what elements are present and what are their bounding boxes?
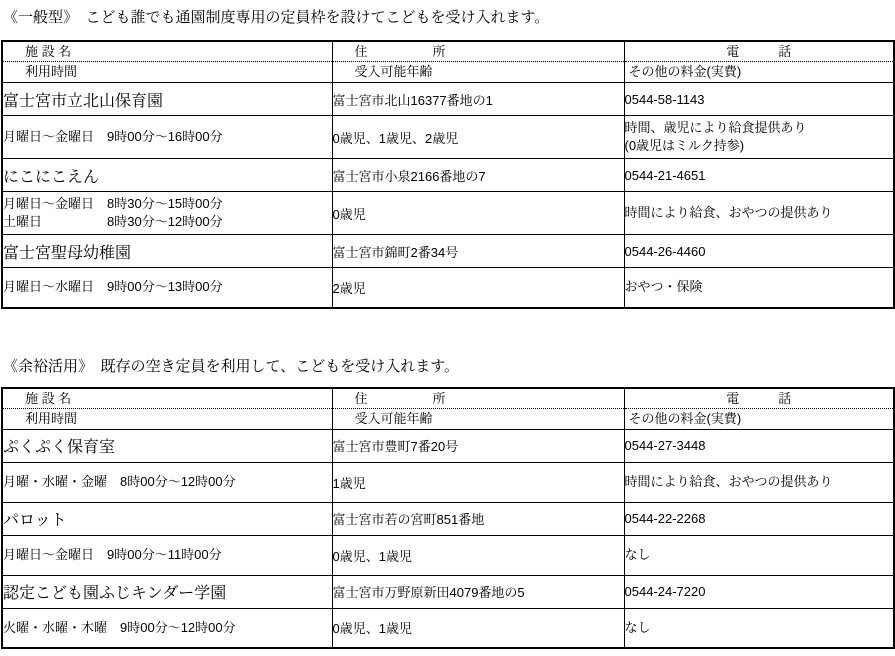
facility-fees-cell: なし (624, 608, 894, 648)
facility-address-cell: 富士宮市若の宮町851番地 (332, 502, 624, 535)
facility-name-cell: ぷくぷく保育室 (2, 429, 332, 462)
facility-phone-cell: 0544-26-4460 (624, 235, 894, 268)
facility-address-cell: 富士宮市豊町7番20号 (332, 429, 624, 462)
facility-fees-cell: 時間、歳児により給食提供あり (0歳児はミルク持参) (624, 116, 894, 159)
facility-address-cell: 富士宮市万野原新田4079番地の5 (332, 575, 624, 608)
facility-phone-cell: 0544-58-1143 (624, 83, 894, 116)
header-address-label: 住 所 (333, 389, 624, 409)
surplus-facilities-table: 施 設 名 利用時間 住 所 受入可能年齢 電 話 その他の料金(実費) ぷくぷ… (1, 387, 895, 650)
facility-name-row: 認定こども園ふじキンダー学園 富士宮市万野原新田4079番地の5 0544-24… (2, 575, 894, 608)
facility-fees-cell: 時間により給食、おやつの提供あり (624, 462, 894, 502)
facility-name-cell: にこにこえん (2, 159, 332, 192)
facility-ages-cell: 0歳児、1歳児 (332, 608, 624, 648)
facility-name-cell: パロット (2, 502, 332, 535)
facility-ages-cell: 0歳児 (332, 192, 624, 235)
header-address-ages: 住 所 受入可能年齢 (332, 388, 624, 430)
header-usage-hours-label: 利用時間 (3, 62, 332, 82)
facility-ages-cell: 0歳児、1歳児 (332, 535, 624, 575)
facility-address-cell: 富士宮市小泉2166番地の7 (332, 159, 624, 192)
facility-name-row: 富士宮聖母幼稚園 富士宮市錦町2番34号 0544-26-4460 (2, 235, 894, 268)
facility-name-cell: 富士宮聖母幼稚園 (2, 235, 332, 268)
header-address-ages: 住 所 受入可能年齢 (332, 41, 624, 83)
facility-detail-row: 月曜日～水曜日 9時00分～13時00分 2歳児 おやつ・保険 (2, 268, 894, 308)
header-facility-name-label: 施 設 名 (3, 42, 332, 62)
facility-phone-cell: 0544-21-4651 (624, 159, 894, 192)
facility-ages-cell: 0歳児、1歳児、2歳児 (332, 116, 624, 159)
header-facility-name-label: 施 設 名 (3, 389, 332, 409)
facility-fees-cell: なし (624, 535, 894, 575)
header-acceptable-ages-label: 受入可能年齢 (333, 62, 624, 82)
header-facility-hours: 施 設 名 利用時間 (2, 41, 332, 83)
facility-ages-cell: 1歳児 (332, 462, 624, 502)
facility-detail-row: 火曜・水曜・木曜 9時00分～12時00分 0歳児、1歳児 なし (2, 608, 894, 648)
table-header-row: 施 設 名 利用時間 住 所 受入可能年齢 電 話 その他の料金(実費) (2, 388, 894, 430)
header-usage-hours-label: 利用時間 (3, 409, 332, 429)
document-page: 《一般型》 こども誰でも通園制度専用の定員枠を設けてこどもを受け入れます。 施 … (0, 0, 895, 656)
facility-address-cell: 富士宮市北山16377番地の1 (332, 83, 624, 116)
facility-name-row: にこにこえん 富士宮市小泉2166番地の7 0544-21-4651 (2, 159, 894, 192)
header-address-label: 住 所 (333, 42, 624, 62)
facility-name-row: ぷくぷく保育室 富士宮市豊町7番20号 0544-27-3448 (2, 429, 894, 462)
facility-detail-row: 月曜日～金曜日 9時00分～11時00分 0歳児、1歳児 なし (2, 535, 894, 575)
header-acceptable-ages-label: 受入可能年齢 (333, 409, 624, 429)
facility-address-cell: 富士宮市錦町2番34号 (332, 235, 624, 268)
facility-detail-row: 月曜日～金曜日 8時30分～15時00分 土曜日 8時30分～12時00分 0歳… (2, 192, 894, 235)
header-other-fees-label: その他の料金(実費) (625, 409, 894, 429)
section-heading-general: 《一般型》 こども誰でも通園制度専用の定員枠を設けてこどもを受け入れます。 (3, 8, 895, 27)
facility-fees-cell: 時間により給食、おやつの提供あり (624, 192, 894, 235)
facility-name-row: パロット 富士宮市若の宮町851番地 0544-22-2268 (2, 502, 894, 535)
header-other-fees-label: その他の料金(実費) (625, 62, 894, 82)
facility-detail-row: 月曜・水曜・金曜 8時00分～12時00分 1歳児 時間により給食、おやつの提供… (2, 462, 894, 502)
facility-detail-row: 月曜日～金曜日 9時00分～16時00分 0歳児、1歳児、2歳児 時間、歳児によ… (2, 116, 894, 159)
facility-hours-cell: 月曜日～水曜日 9時00分～13時00分 (2, 268, 332, 308)
facility-phone-cell: 0544-22-2268 (624, 502, 894, 535)
facility-hours-cell: 火曜・水曜・木曜 9時00分～12時00分 (2, 608, 332, 648)
section-heading-surplus: 《余裕活用》 既存の空き定員を利用して、こどもを受け入れます。 (3, 357, 895, 376)
general-facilities-table: 施 設 名 利用時間 住 所 受入可能年齢 電 話 その他の料金(実費) 富士宮… (1, 40, 895, 309)
facility-phone-cell: 0544-27-3448 (624, 429, 894, 462)
table-header-row: 施 設 名 利用時間 住 所 受入可能年齢 電 話 その他の料金(実費) (2, 41, 894, 83)
facility-hours-cell: 月曜日～金曜日 8時30分～15時00分 土曜日 8時30分～12時00分 (2, 192, 332, 235)
header-facility-hours: 施 設 名 利用時間 (2, 388, 332, 430)
header-phone-fees: 電 話 その他の料金(実費) (624, 41, 894, 83)
header-phone-fees: 電 話 その他の料金(実費) (624, 388, 894, 430)
facility-hours-cell: 月曜日～金曜日 9時00分～16時00分 (2, 116, 332, 159)
facility-name-row: 富士宮市立北山保育園 富士宮市北山16377番地の1 0544-58-1143 (2, 83, 894, 116)
facility-name-cell: 富士宮市立北山保育園 (2, 83, 332, 116)
header-phone-label: 電 話 (625, 42, 894, 62)
facility-phone-cell: 0544-24-7220 (624, 575, 894, 608)
facility-ages-cell: 2歳児 (332, 268, 624, 308)
facility-fees-cell: おやつ・保険 (624, 268, 894, 308)
facility-hours-cell: 月曜・水曜・金曜 8時00分～12時00分 (2, 462, 332, 502)
facility-hours-cell: 月曜日～金曜日 9時00分～11時00分 (2, 535, 332, 575)
header-phone-label: 電 話 (625, 389, 894, 409)
facility-name-cell: 認定こども園ふじキンダー学園 (2, 575, 332, 608)
